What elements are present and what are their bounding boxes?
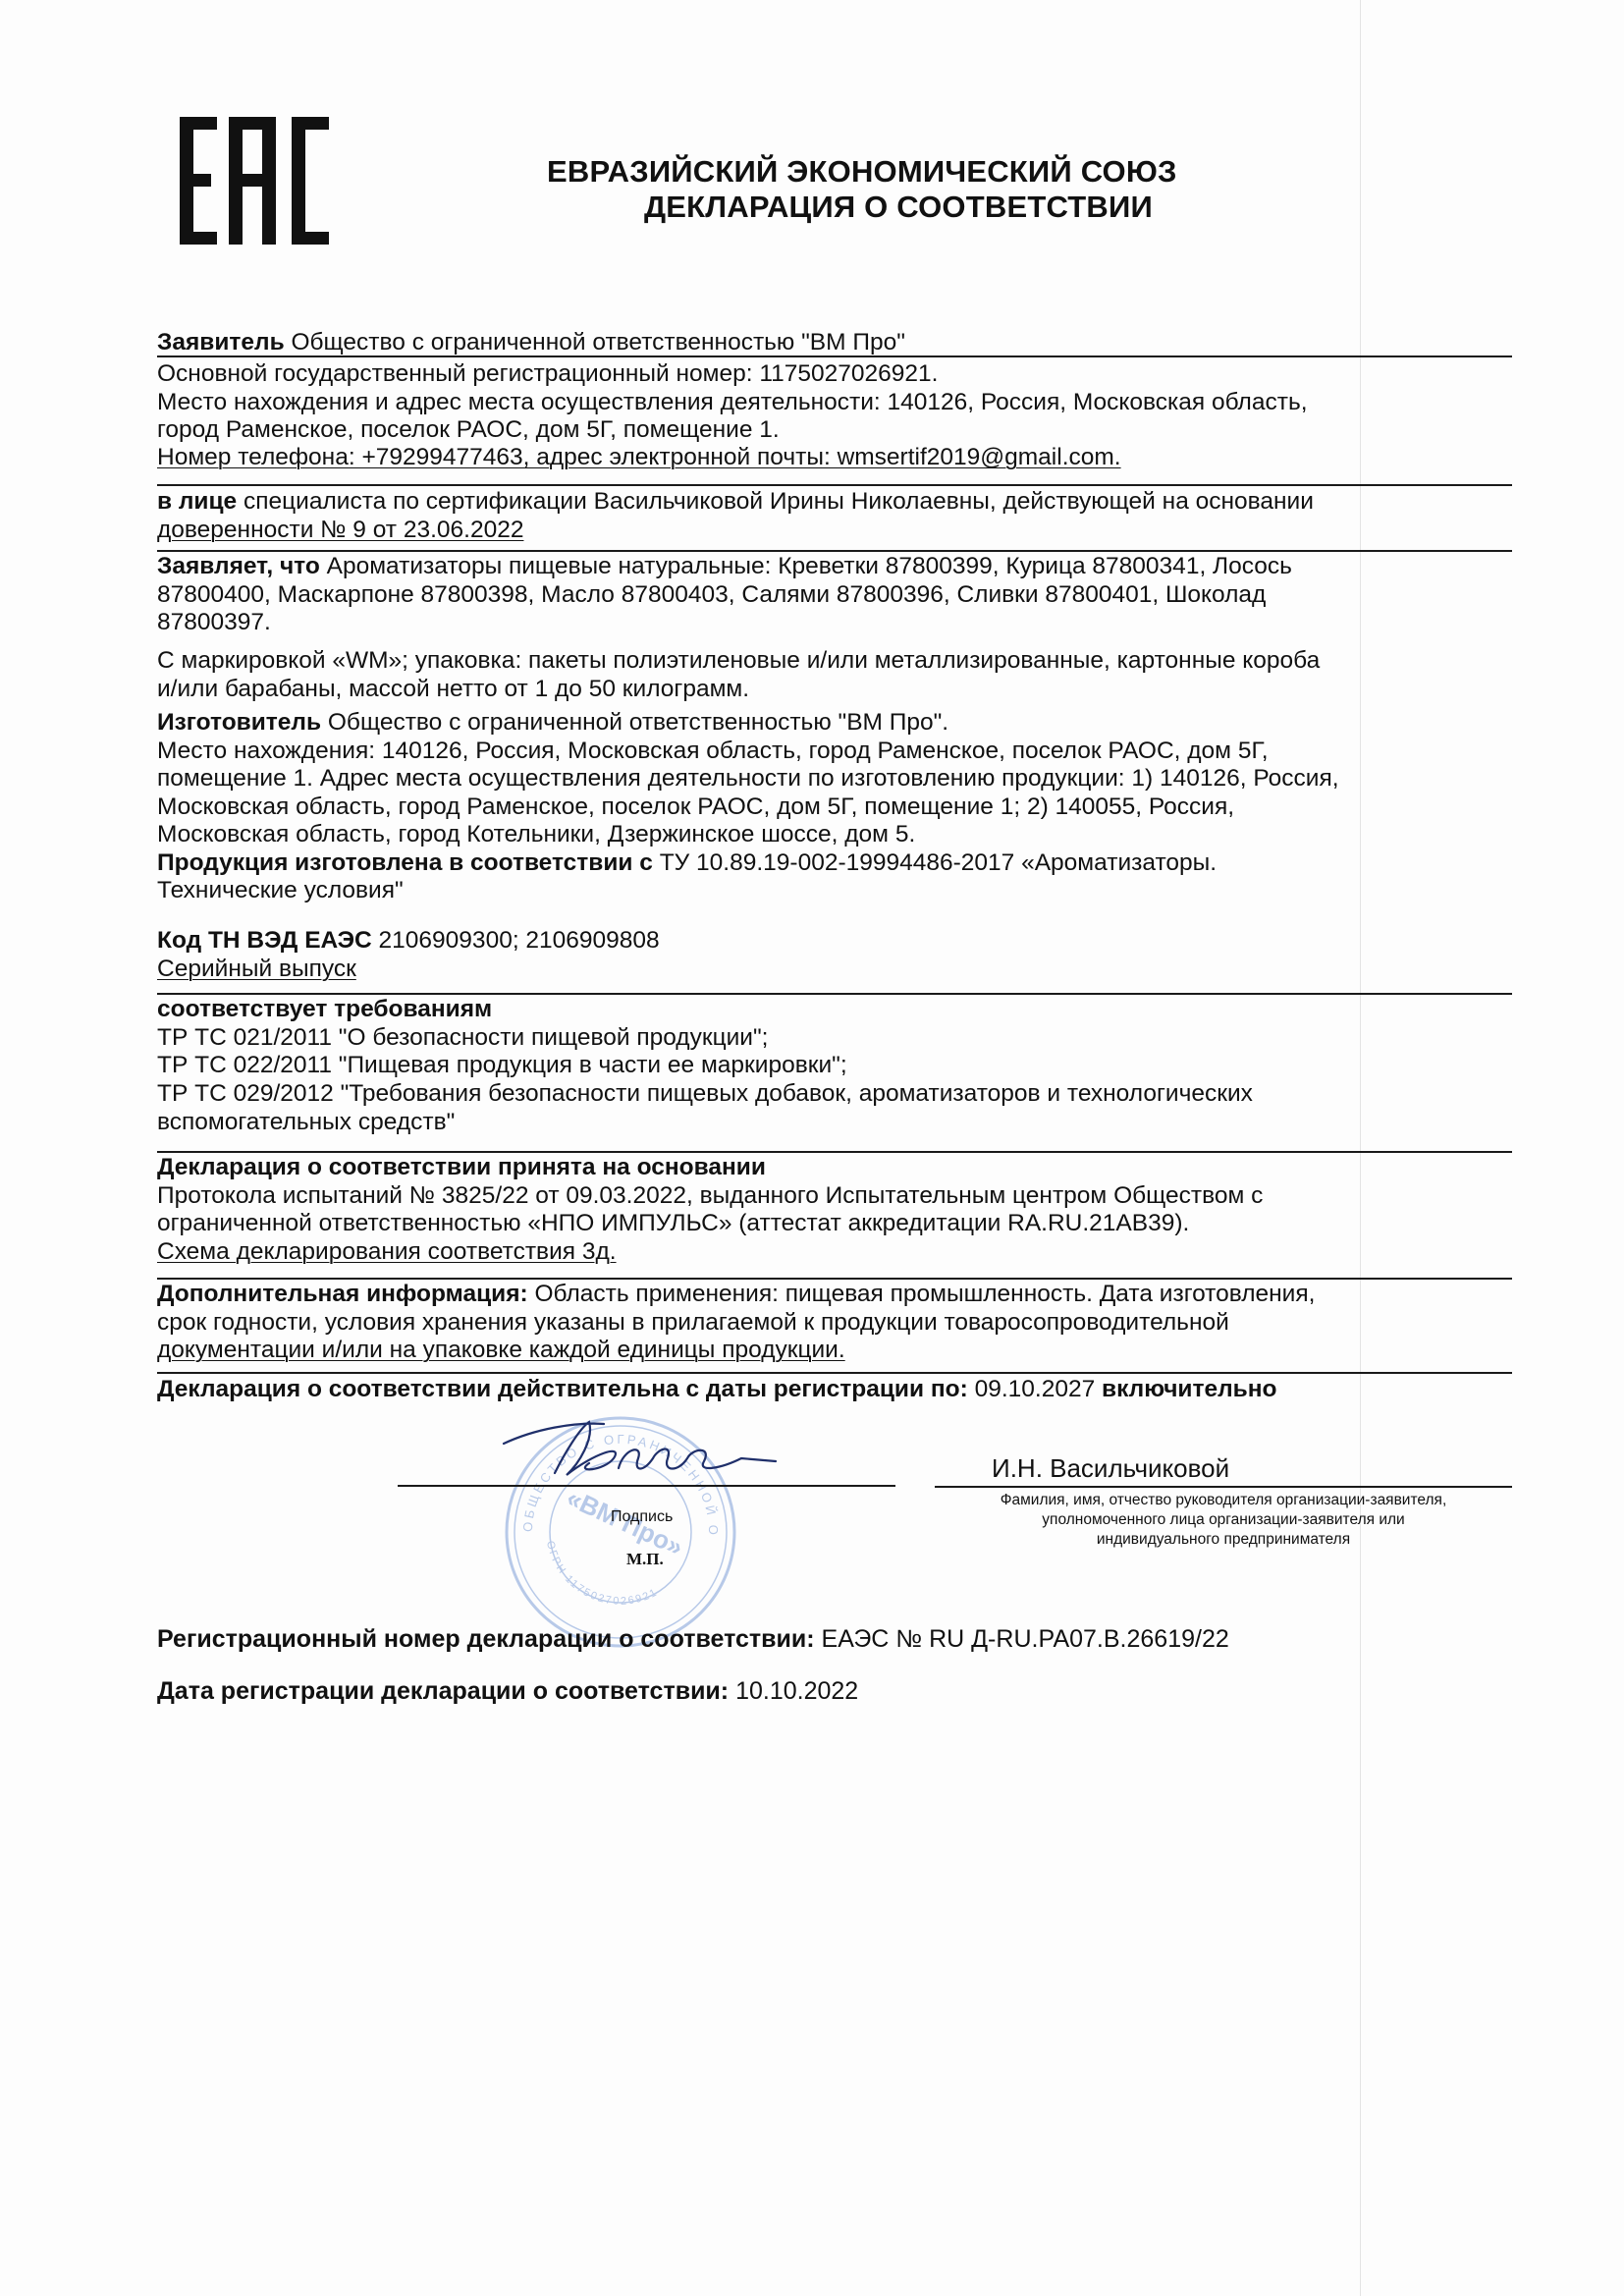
applicant-line: Заявитель Общество с ограниченной ответс… — [157, 329, 905, 356]
signer-name: И.Н. Васильчиковой — [992, 1453, 1229, 1484]
production-line-1: Продукция изготовлена в соответствии с Т… — [157, 849, 1217, 877]
declares-line-3: 87800397. — [157, 609, 271, 636]
production-label: Продукция изготовлена в соответствии с — [157, 849, 653, 876]
signer-caption-line: индивидуального предпринимателя — [935, 1530, 1512, 1550]
signer-caption: Фамилия, имя, отчество руководителя орга… — [935, 1491, 1512, 1550]
validity-label: Декларация о соответствии действительна … — [157, 1376, 968, 1402]
production-line-2: Технические условия" — [157, 877, 404, 904]
declares-line-1: Заявляет, что Ароматизаторы пищевые нату… — [157, 553, 1292, 580]
document-title: ДЕКЛАРАЦИЯ О СООТВЕТСТВИИ — [0, 190, 1624, 225]
manufacturer-label: Изготовитель — [157, 709, 321, 736]
registration-number-label: Регистрационный номер декларации о соотв… — [157, 1625, 815, 1653]
basis-label: Декларация о соответствии принята на осн… — [157, 1154, 766, 1181]
requirement-item: ТР ТС 021/2011 "О безопасности пищевой п… — [157, 1024, 768, 1052]
applicant-address-2: город Раменское, поселок РАОС, дом 5Г, п… — [157, 416, 780, 444]
applicant-address-1: Место нахождения и адрес места осуществл… — [157, 389, 1308, 416]
requirement-item: ТР ТС 022/2011 "Пищевая продукция в част… — [157, 1052, 847, 1079]
handwritten-signature-icon — [496, 1414, 781, 1488]
basis-heading: Декларация о соответствии принята на осн… — [157, 1154, 766, 1180]
registration-number: Регистрационный номер декларации о соотв… — [157, 1625, 1229, 1654]
representative-line-2: доверенности № 9 от 23.06.2022 — [157, 517, 523, 544]
requirements-label: соответствует требованиям — [157, 996, 492, 1023]
tnved-label: Код ТН ВЭД ЕАЭС — [157, 927, 372, 954]
registration-date: Дата регистрации декларации о соответств… — [157, 1677, 858, 1706]
declares-label: Заявляет, что — [157, 553, 320, 579]
divider — [157, 1278, 1512, 1280]
additional-text: Область применения: пищевая промышленнос… — [528, 1281, 1316, 1307]
requirement-item: ТР ТС 029/2012 "Требования безопасности … — [157, 1080, 1253, 1108]
additional-label: Дополнительная информация: — [157, 1281, 528, 1307]
divider — [157, 355, 1512, 357]
signature-caption: Подпись — [611, 1508, 673, 1526]
signer-caption-line: Фамилия, имя, отчество руководителя орга… — [935, 1491, 1512, 1510]
declaration-page: ЕВРАЗИЙСКИЙ ЭКОНОМИЧЕСКИЙ СОЮЗ ДЕКЛАРАЦИ… — [0, 0, 1624, 2296]
tnved-value: 2106909300; 2106909808 — [372, 927, 660, 954]
requirement-item: вспомогательных средств" — [157, 1109, 455, 1136]
additional-line-2: срок годности, условия хранения указаны … — [157, 1309, 1229, 1337]
representative-line-1: в лице специалиста по сертификации Васил… — [157, 488, 1314, 516]
declares-line-2: 87800400, Маскарпоне 87800398, Масло 878… — [157, 581, 1266, 609]
seal-caption: М.П. — [626, 1550, 664, 1569]
additional-line-3: документации и/или на упаковке каждой ед… — [157, 1337, 845, 1364]
validity-line: Декларация о соответствии действительна … — [157, 1376, 1277, 1403]
applicant-label: Заявитель — [157, 329, 285, 355]
manufacturer-address-4: Московская область, город Котельники, Дз… — [157, 821, 915, 848]
production-standard: ТУ 10.89.19-002-19994486-2017 «Ароматиза… — [653, 849, 1217, 876]
tnved-line: Код ТН ВЭД ЕАЭС 2106909300; 2106909808 — [157, 927, 660, 955]
signer-name-line — [935, 1486, 1512, 1488]
basis-line-2: ограниченной ответственностью «НПО ИМПУЛ… — [157, 1210, 1189, 1237]
declares-line-4: С маркировкой «WM»; упаковка: пакеты пол… — [157, 647, 1320, 675]
manufacturer-address-1: Место нахождения: 140126, Россия, Москов… — [157, 738, 1269, 765]
manufacturer-address-2: помещение 1. Адрес места осуществления д… — [157, 765, 1339, 793]
registration-date-label: Дата регистрации декларации о соответств… — [157, 1677, 729, 1705]
representative-label: в лице — [157, 488, 237, 515]
applicant-name: Общество с ограниченной ответственностью… — [285, 329, 905, 355]
registration-date-value: 10.10.2022 — [729, 1677, 858, 1705]
signer-caption-line: уполномоченного лица организации-заявите… — [935, 1510, 1512, 1530]
basis-scheme: Схема декларирования соответствия 3д. — [157, 1238, 617, 1266]
divider — [157, 484, 1512, 486]
manufacturer-name: Общество с ограниченной ответственностью… — [321, 709, 948, 736]
representative-text: специалиста по сертификации Васильчиково… — [237, 488, 1314, 515]
declares-line-5: и/или барабаны, массой нетто от 1 до 50 … — [157, 676, 749, 703]
divider — [157, 550, 1512, 552]
scan-artifact-line — [1360, 0, 1361, 2296]
applicant-ogrn: Основной государственный регистрационный… — [157, 360, 938, 388]
registration-number-value: ЕАЭС № RU Д-RU.РА07.В.26619/22 — [815, 1625, 1229, 1653]
additional-line-1: Дополнительная информация: Область приме… — [157, 1281, 1315, 1308]
validity-date: 09.10.2027 — [968, 1376, 1102, 1402]
release-type: Серийный выпуск — [157, 956, 356, 983]
basis-line-1: Протокола испытаний № 3825/22 от 09.03.2… — [157, 1182, 1263, 1210]
signature-line — [398, 1485, 895, 1487]
requirements-heading: соответствует требованиям — [157, 996, 492, 1022]
divider — [157, 1151, 1512, 1153]
union-title: ЕВРАЗИЙСКИЙ ЭКОНОМИЧЕСКИЙ СОЮЗ — [0, 154, 1624, 190]
divider — [157, 1372, 1512, 1374]
applicant-contacts: Номер телефона: +79299477463, адрес элек… — [157, 444, 1121, 471]
declares-text: Ароматизаторы пищевые натуральные: Креве… — [320, 553, 1292, 579]
divider — [157, 993, 1512, 995]
manufacturer-line: Изготовитель Общество с ограниченной отв… — [157, 709, 948, 737]
validity-suffix: включительно — [1102, 1376, 1276, 1402]
manufacturer-address-3: Московская область, город Раменское, пос… — [157, 793, 1234, 821]
